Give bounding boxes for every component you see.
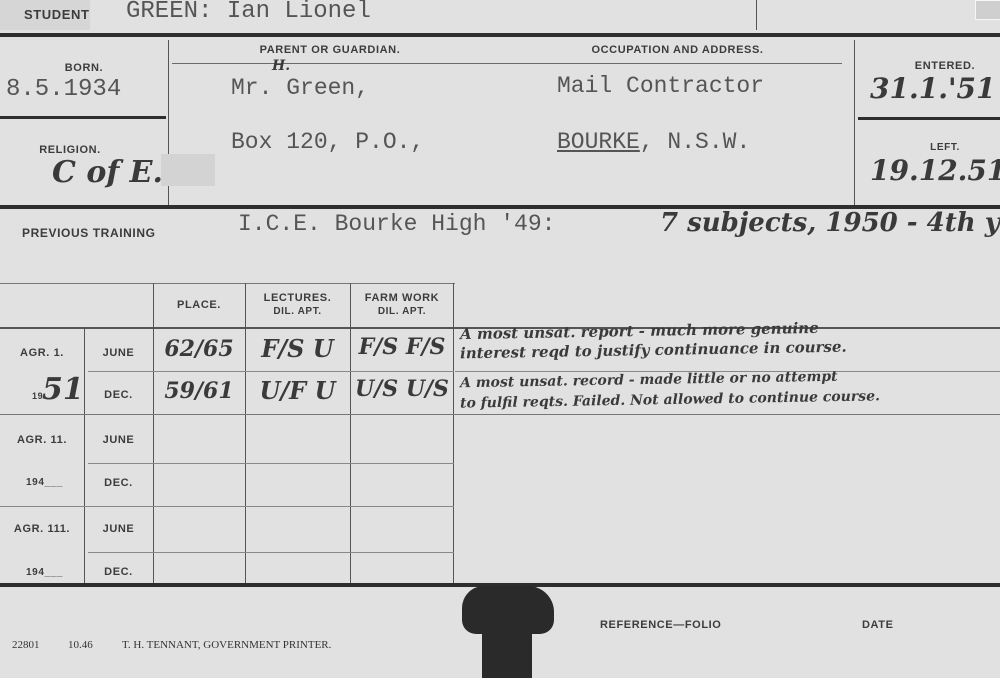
row-rule-2a [88,463,454,464]
ink-blot-stem [482,620,532,678]
header-place: PLACE. [153,299,245,311]
row-rule-1a [88,371,454,372]
term-dec-1: DEC. [84,389,153,401]
farm-dec-1: U/S U/S [350,376,454,402]
previous-training-typed: I.C.E. Bourke High '49: [238,211,555,237]
parent-name: Mr. Green, [231,75,369,101]
term-june-2: JUNE [84,434,153,446]
form-number: 22801 [12,639,40,651]
place-dec-1: 59/61 [153,378,245,404]
course-agr3: AGR. 111. [0,523,84,535]
student-label: STUDENT [24,7,90,22]
occupation-value: Mail Contractor [557,73,764,99]
course-agr2-year: 194___ [26,477,63,488]
header-lectures-line2: DIL. APT. [245,306,350,317]
left-value: 19.12.51. [870,154,1000,187]
occupation-label: OCCUPATION AND ADDRESS. [500,44,855,56]
parent-annotation: H. [272,58,290,74]
born-rule [0,116,166,119]
student-name: GREEN: Ian Lionel [126,0,371,25]
previous-training-label: PREVIOUS TRAINING [22,226,156,240]
term-june-1: JUNE [84,347,153,359]
previous-training-handwritten: 7 subjects, 1950 - 4th yr [660,208,1000,238]
dates-rule [858,117,1000,120]
course-agr3-year: 194___ [26,567,63,578]
header-farm-line2: DIL. APT. [350,306,454,317]
header-rule [0,33,1000,37]
entered-label: ENTERED. [900,60,990,72]
date-label: DATE [862,619,894,631]
dates-divider [854,40,855,205]
lectures-june-1: F/S U [245,334,350,363]
col-divider-term [84,328,85,583]
header-lectures-line1: LECTURES. [245,292,350,304]
born-label: BORN. [0,62,168,74]
occupation-location: BOURKE, N.S.W. [557,129,750,155]
form-date: 10.46 [68,639,93,651]
left-label: LEFT. [900,142,990,153]
header-farm-line1: FARM WORK [350,292,454,304]
religion-value: C of E. [52,155,163,190]
table-top-rule [0,283,455,284]
parent-label: PARENT OR GUARDIAN. [170,44,490,56]
location-town: BOURKE [557,129,640,155]
place-june-1: 62/65 [153,336,245,362]
born-value: 8.5.1934 [6,76,121,103]
course-agr2: AGR. 11. [0,434,84,446]
term-dec-3: DEC. [84,566,153,578]
remark-line-3: A most unsat. record - made little or no… [460,369,838,392]
student-record-card: STUDENT GREEN: Ian Lionel BORN. 8.5.1934… [0,0,1000,678]
parent-address: Box 120, P.O., [231,129,424,155]
entered-value: 31.1.'51 [870,72,995,105]
row-rule-2b [0,506,454,507]
printer-credit: T. H. TENNANT, GOVERNMENT PRINTER. [122,639,331,651]
card-tab-right [975,0,1000,20]
location-state: , N.S.W. [640,129,750,155]
remark-line-4: to fulfil reqts. Failed. Not allowed to … [460,388,880,411]
term-june-3: JUNE [84,523,153,535]
farm-june-1: F/S F/S [350,334,454,360]
reference-folio-label: REFERENCE—FOLIO [600,619,721,631]
course-agr1-year: 51 [42,372,84,407]
term-dec-2: DEC. [84,477,153,489]
lectures-dec-1: U/F U [245,376,350,405]
paper-stain [161,154,215,186]
course-agr1: AGR. 1. [0,347,84,359]
header-divider [756,0,757,30]
row-rule-1b [0,414,1000,415]
row-rule-3a [88,552,454,553]
